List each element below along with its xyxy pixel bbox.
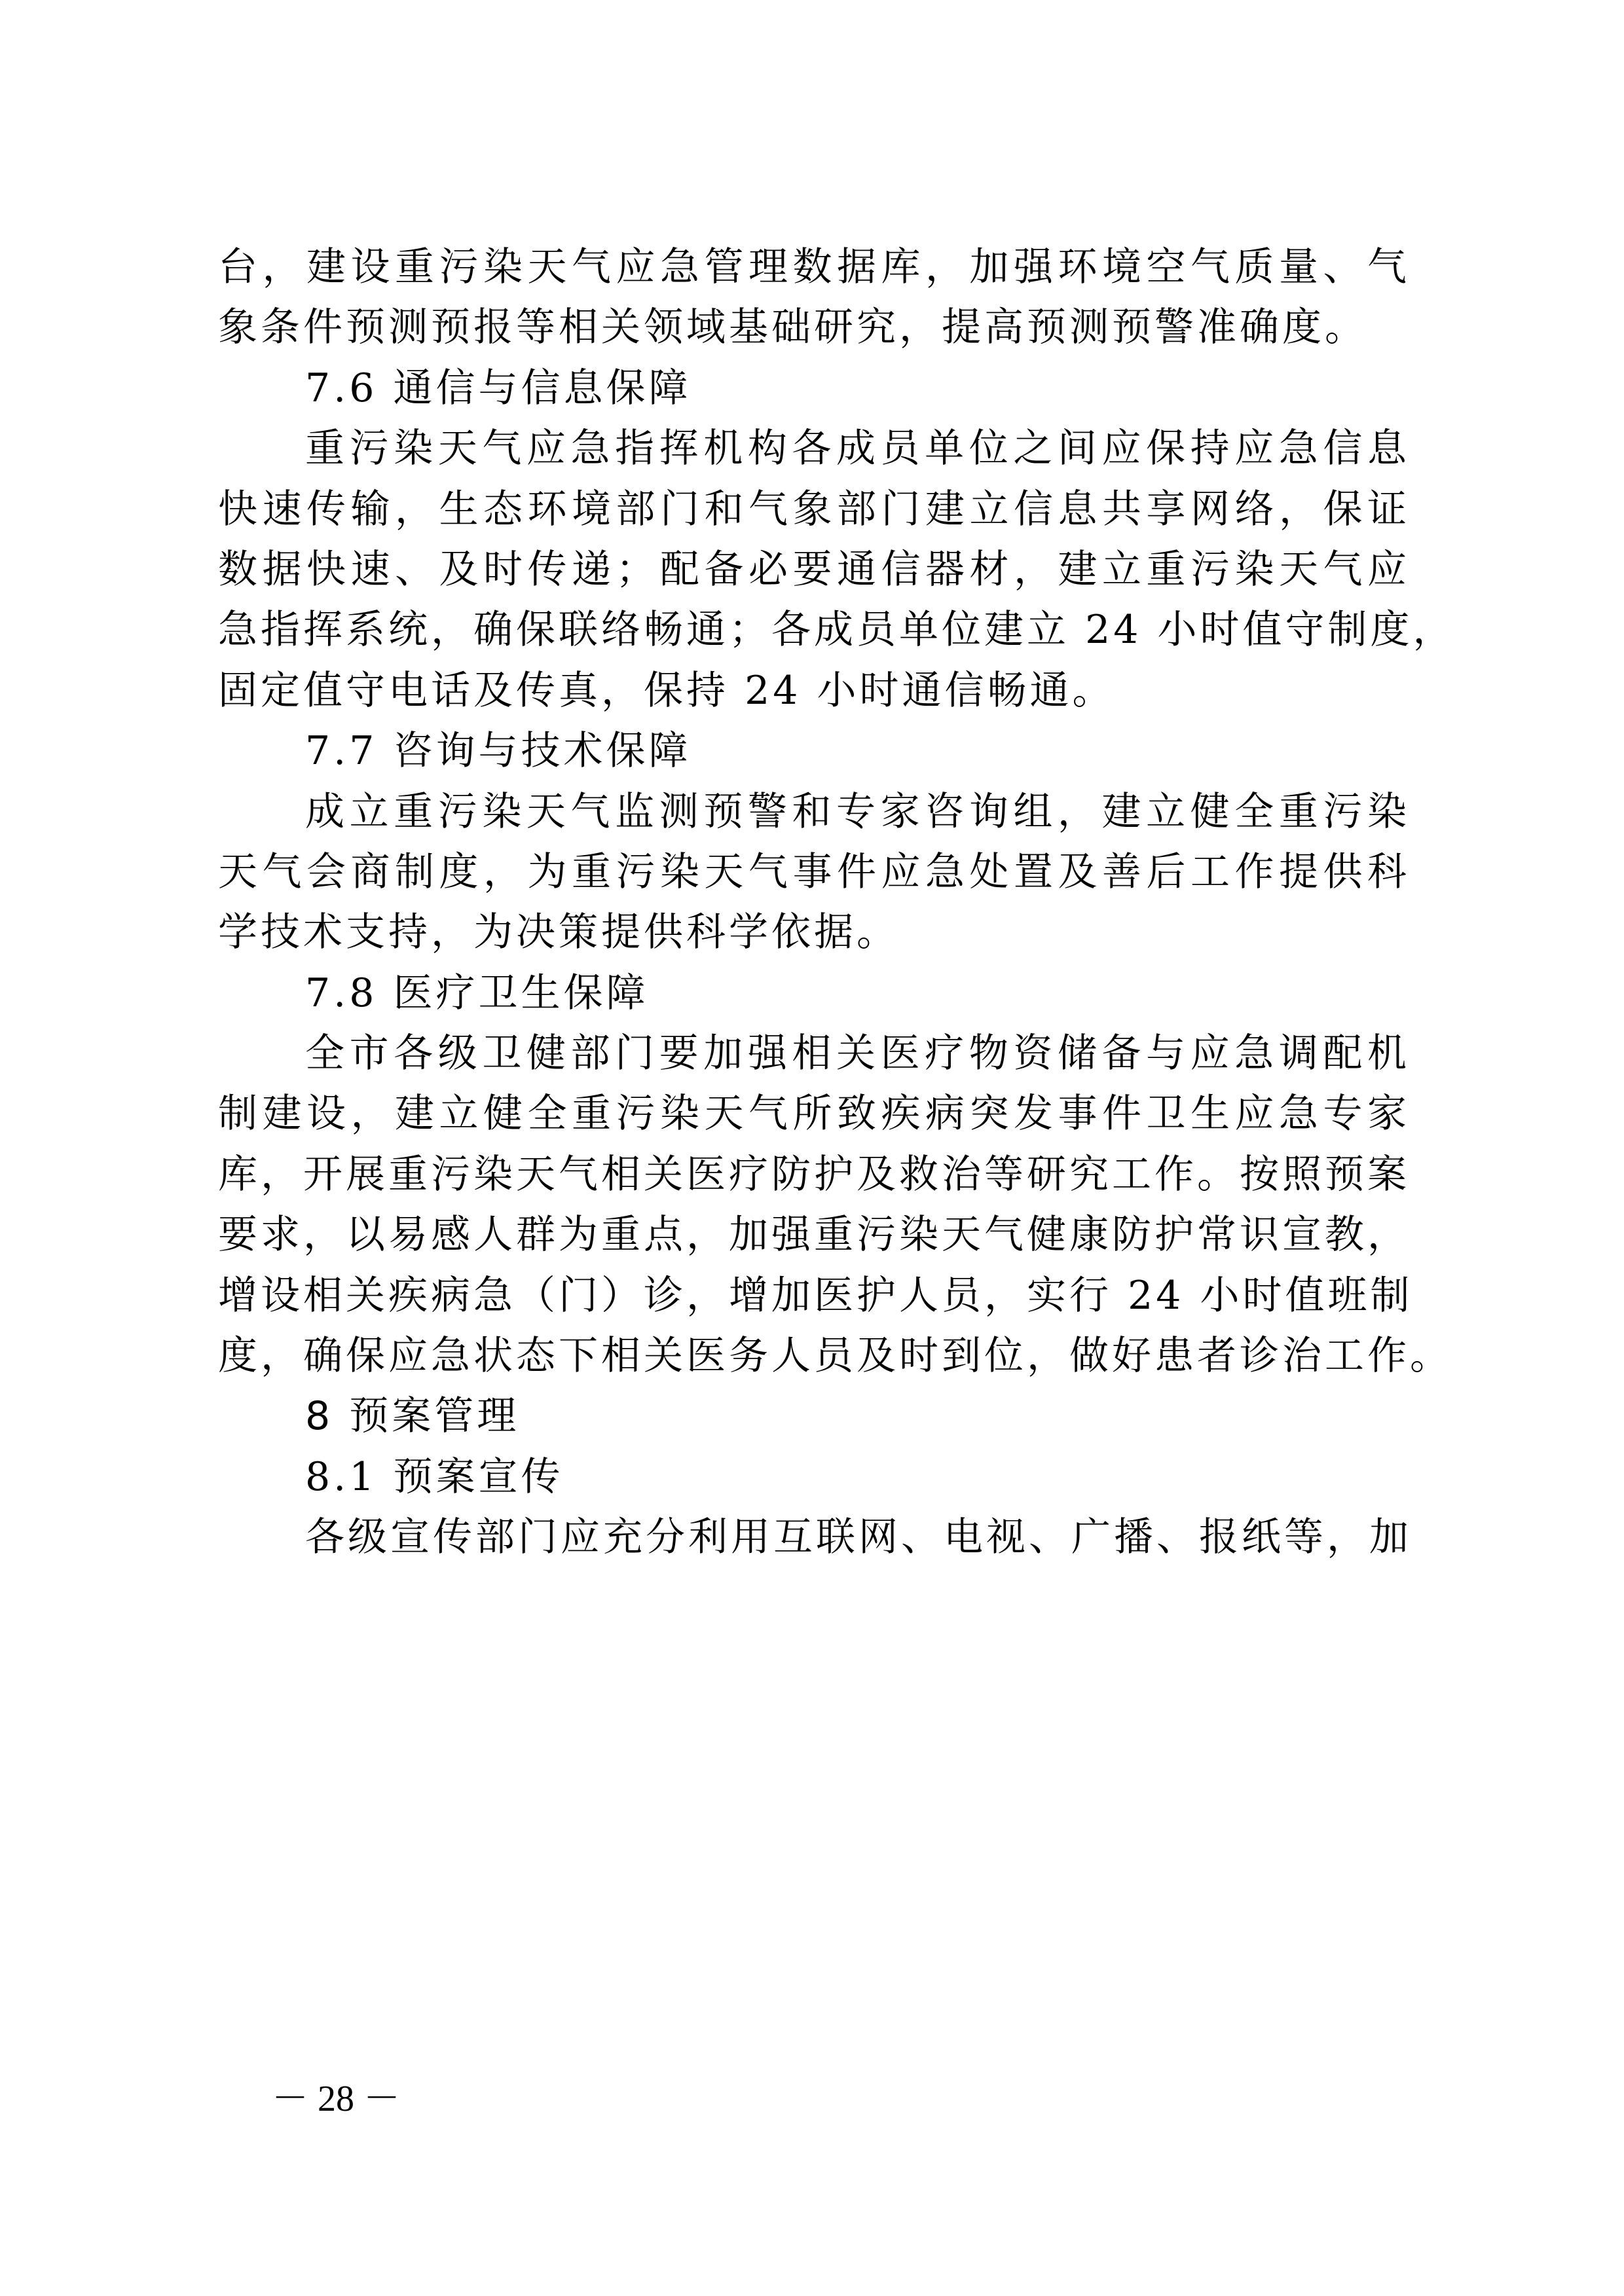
body-text-line: 固定值守电话及传真，保持 24 小时通信畅通。 bbox=[218, 661, 1410, 721]
body-text-line: 全市各级卫健部门要加强相关医疗物资储备与应急调配机 bbox=[218, 1023, 1410, 1084]
body-text-line: 急指挥系统，确保联络畅通；各成员单位建立 24 小时值守制度， bbox=[218, 600, 1410, 660]
body-text-line: 重污染天气应急指挥机构各成员单位之间应保持应急信息 bbox=[218, 418, 1410, 479]
chapter-heading-8: 8 预案管理 bbox=[218, 1386, 1410, 1446]
body-text-line: 台，建设重污染天气应急管理数据库，加强环境空气质量、气 bbox=[218, 237, 1410, 297]
body-text-line: 象条件预测预报等相关领域基础研究，提高预测预警准确度。 bbox=[218, 297, 1410, 357]
body-text-line: 成立重污染天气监测预警和专家咨询组，建立健全重污染 bbox=[218, 782, 1410, 842]
body-text-line: 要求，以易感人群为重点，加强重污染天气健康防护常识宣教， bbox=[218, 1205, 1410, 1265]
document-page: 台，建设重污染天气应急管理数据库，加强环境空气质量、气 象条件预测预报等相关领域… bbox=[218, 237, 1410, 1568]
section-heading-7-8: 7.8 医疗卫生保障 bbox=[218, 963, 1410, 1023]
body-text-line: 制建设，建立健全重污染天气所致疾病突发事件卫生应急专家 bbox=[218, 1084, 1410, 1144]
body-text-line: 快速传输，生态环境部门和气象部门建立信息共享网络，保证 bbox=[218, 479, 1410, 539]
section-heading-8-1: 8.1 预案宣传 bbox=[218, 1447, 1410, 1507]
body-text-line: 度，确保应急状态下相关医务人员及时到位，做好患者诊治工作。 bbox=[218, 1326, 1410, 1386]
body-text-line: 数据快速、及时传递；配备必要通信器材，建立重污染天气应 bbox=[218, 539, 1410, 600]
section-heading-7-6: 7.6 通信与信息保障 bbox=[218, 358, 1410, 418]
body-text-line: 学技术支持，为决策提供科学依据。 bbox=[218, 902, 1410, 962]
body-text-line: 增设相关疾病急（门）诊，增加医护人员，实行 24 小时值班制 bbox=[218, 1266, 1410, 1326]
body-text-line: 库，开展重污染天气相关医疗防护及救治等研究工作。按照预案 bbox=[218, 1144, 1410, 1205]
body-text-line: 天气会商制度，为重污染天气事件应急处置及善后工作提供科 bbox=[218, 842, 1410, 902]
page-number: － 28 － bbox=[272, 2081, 400, 2117]
section-heading-7-7: 7.7 咨询与技术保障 bbox=[218, 721, 1410, 781]
body-text-line: 各级宣传部门应充分利用互联网、电视、广播、报纸等，加 bbox=[218, 1507, 1410, 1567]
